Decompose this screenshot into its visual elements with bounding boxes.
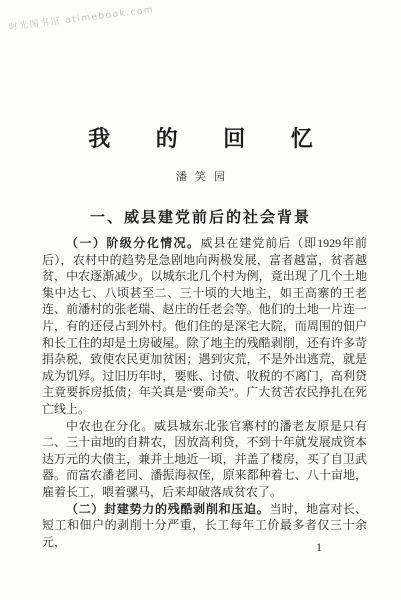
paragraph-3-lead: （二）封建势力的残酷剥削和压迫。 <box>66 502 269 516</box>
paragraph-2-body: 中农也在分化。威县城东北张官寨村的潘老友原是只有二、三十亩地的自耕农，因放高利贷… <box>42 419 367 499</box>
paragraph-1-body: 威县在建党前后（即1929年前后），农村中的趋势是急剧地向两极发展，富者越富，贫… <box>42 236 367 416</box>
paragraph-2: 中农也在分化。威县城东北张官寨村的潘老友原是只有二、三十亩地的自耕农，因放高利贷… <box>42 418 367 501</box>
page-number: 1 <box>316 540 322 555</box>
author-name: 潘笑园 <box>0 168 401 184</box>
paragraph-1-lead: （一）阶级分化情况。 <box>66 236 201 250</box>
body-text: （一）阶级分化情况。威县在建党前后（即1929年前后），农村中的趋势是急剧地向两… <box>42 235 367 550</box>
page-title: 我 的 回 忆 <box>0 122 401 153</box>
library-watermark: 时光图书馆 atimebook.com <box>8 2 155 33</box>
scanned-book-page: 时光图书馆 atimebook.com 我 的 回 忆 潘笑园 一、威县建党前后… <box>0 0 401 600</box>
paragraph-1: （一）阶级分化情况。威县在建党前后（即1929年前后），农村中的趋势是急剧地向两… <box>42 235 367 418</box>
section-heading: 一、威县建党前后的社会背景 <box>0 206 401 227</box>
